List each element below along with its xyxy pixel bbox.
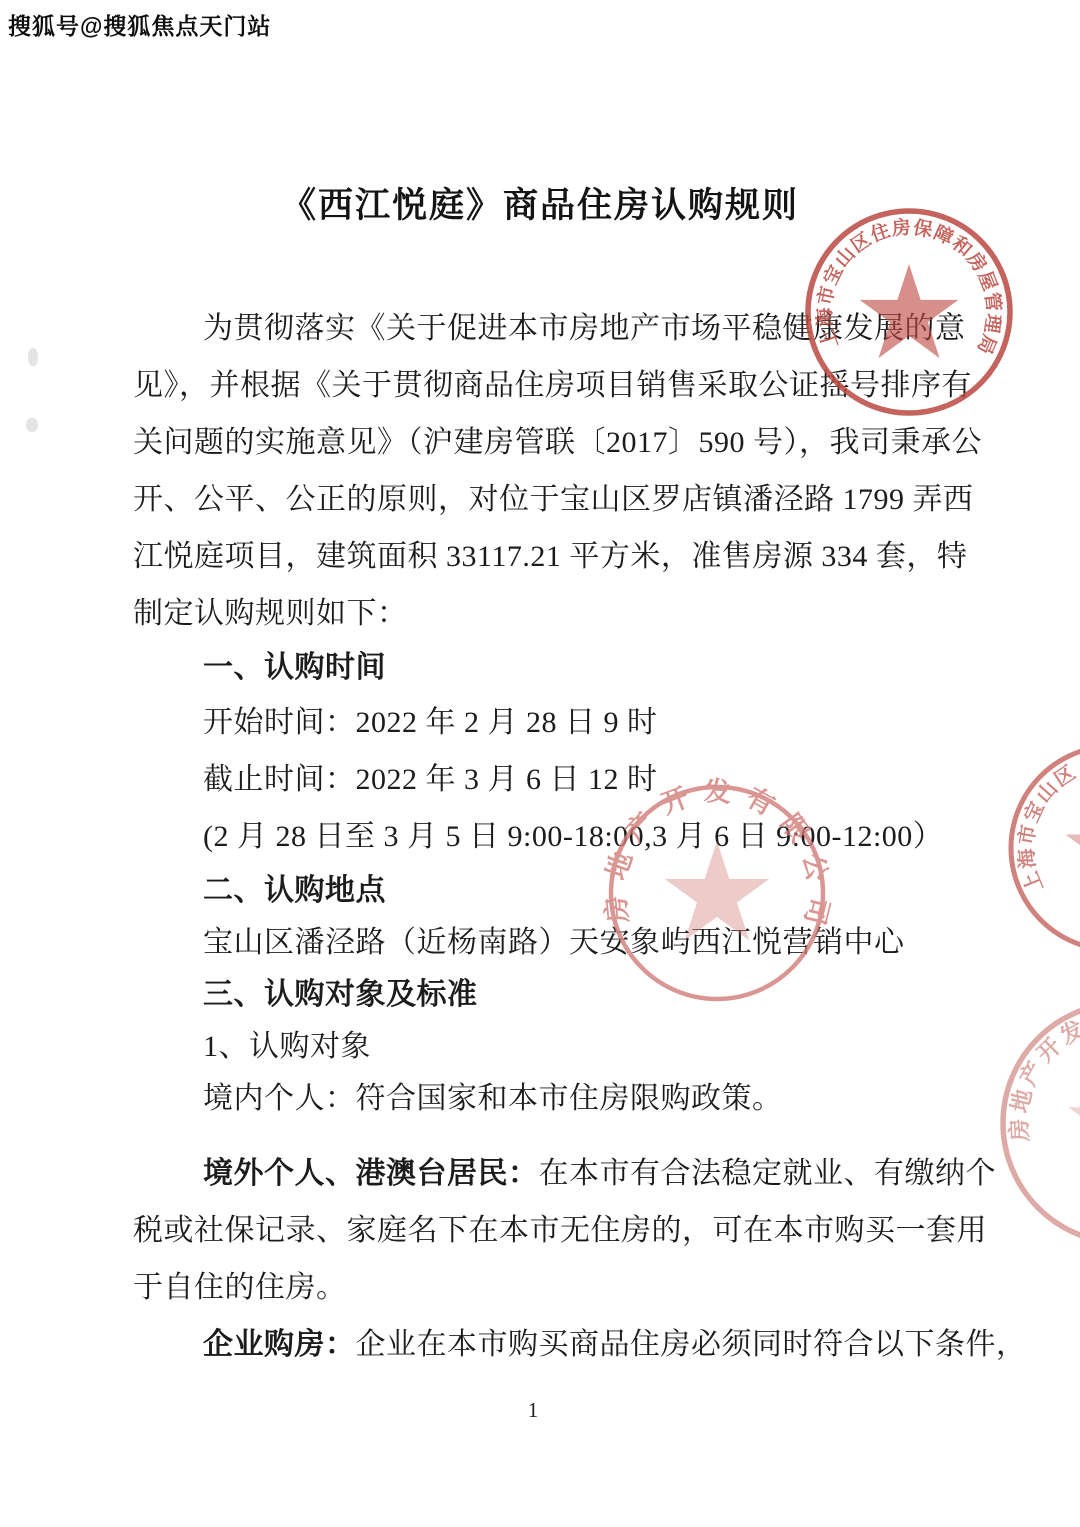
doc-line: 制定认购规则如下：	[133, 585, 963, 642]
doc-line: 境内个人：符合国家和本市住房限购政策。	[133, 1073, 963, 1125]
doc-line-rest: 在本市有合法稳定就业、有缴纳个	[539, 1157, 997, 1190]
seal-arc-text: 房地产开发	[1005, 1013, 1080, 1143]
section-heading-1: 一、认购时间	[133, 642, 963, 694]
seal-star-icon	[1065, 800, 1080, 890]
doc-line: 宝山区潘泾路（近杨南路）天安象屿西江悦营销中心	[133, 917, 963, 969]
doc-line: (2 月 28 日至 3 月 5 日 9:00-18:00,3 月 6 日 9:…	[133, 808, 963, 865]
seal-star-icon	[1068, 1068, 1080, 1172]
doc-line: 开、公平、公正的原则，对位于宝山区罗店镇潘泾路 1799 弄西	[133, 471, 963, 528]
partial-seal-right-lower: 房地产开发	[983, 985, 1080, 1270]
doc-line-lead: 境外个人、港澳台居民：	[203, 1157, 539, 1190]
doc-line: 开始时间：2022 年 2 月 28 日 9 时	[133, 694, 963, 751]
section-heading-2: 二、认购地点	[133, 865, 963, 917]
doc-line: 见》，并根据《关于贯彻商品住房项目销售采取公证摇号排序有	[133, 357, 963, 414]
partial-seal-right-upper: 上海市宝山区	[988, 742, 1080, 960]
sohu-watermark: 搜狐号@搜狐焦点天门站	[8, 8, 271, 41]
doc-line: 江悦庭项目，建筑面积 33117.21 平方米，准售房源 334 套，特	[133, 528, 963, 585]
doc-line: 于自住的住房。	[133, 1259, 963, 1316]
scan-artifact	[26, 418, 38, 432]
section-heading-3: 三、认购对象及标准	[133, 969, 963, 1021]
doc-line: 截止时间：2022 年 3 月 6 日 12 时	[133, 751, 963, 808]
doc-line: 税或社保记录、家庭名下在本市无住房的，可在本市购买一套用	[133, 1202, 963, 1259]
svg-text:上海市宝山区: 上海市宝山区	[1013, 760, 1080, 895]
doc-line: 企业购房：企业在本市购买商品住房必须同时符合以下条件，	[133, 1316, 963, 1373]
doc-line: 为贯彻落实《关于促进本市房地产市场平稳健康发展的意	[133, 300, 963, 357]
doc-line-lead: 企业购房：	[203, 1328, 356, 1361]
seal-arc-text: 上海市宝山区	[1013, 760, 1080, 895]
doc-line: 1、认购对象	[133, 1021, 963, 1073]
doc-line: 关问题的实施意见》（沪建房管联〔2017〕590 号），我司秉承公	[133, 414, 963, 471]
svg-text:房地产开发: 房地产开发	[1005, 1013, 1080, 1143]
doc-line-rest: 企业在本市购买商品住房必须同时符合以下条件，	[356, 1328, 1027, 1361]
scan-artifact	[28, 348, 38, 366]
document-title: 《西江悦庭》商品住房认购规则	[0, 178, 1080, 228]
scanned-document-page: 搜狐号@搜狐焦点天门站 《西江悦庭》商品住房认购规则 为贯彻落实《关于促进本市房…	[0, 0, 1080, 1527]
page-number: 1	[0, 1398, 1066, 1423]
doc-line: 境外个人、港澳台居民：在本市有合法稳定就业、有缴纳个	[133, 1145, 963, 1202]
document-body: 为贯彻落实《关于促进本市房地产市场平稳健康发展的意 见》，并根据《关于贯彻商品住…	[133, 300, 963, 1373]
